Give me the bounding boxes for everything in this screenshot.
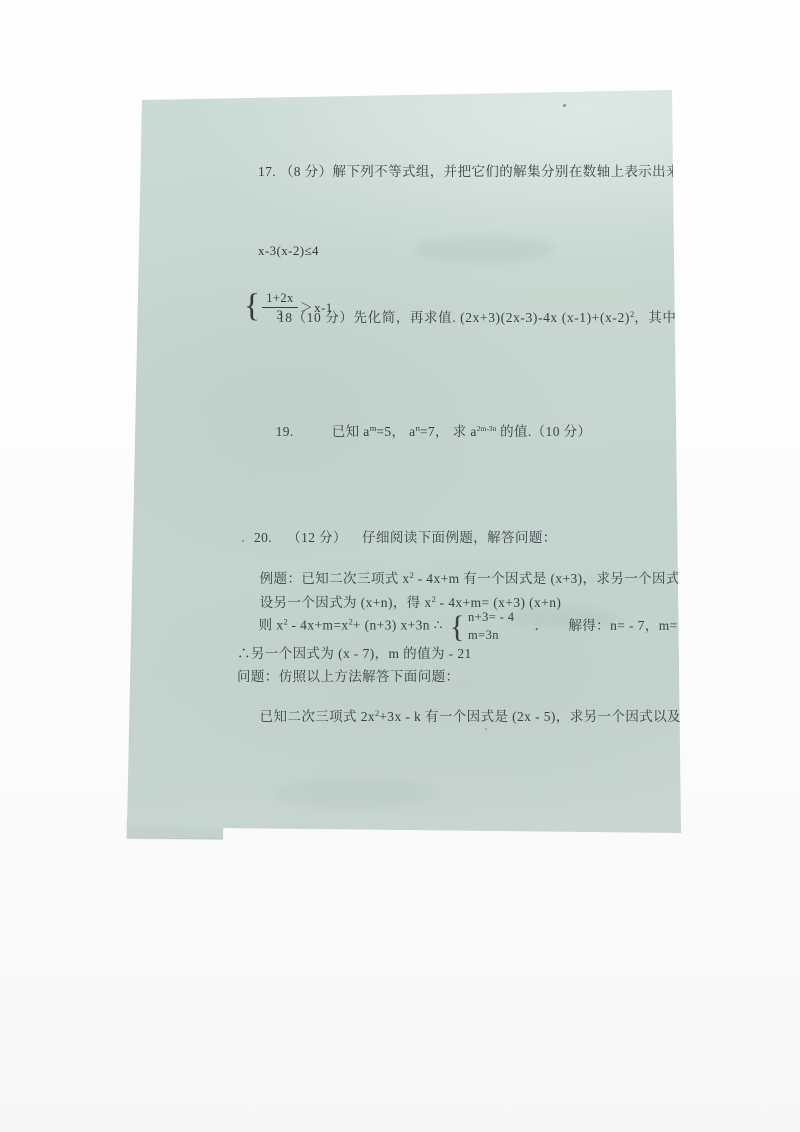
question-19-number: 19. bbox=[276, 424, 294, 439]
scanner-background: 17. （8 分）解下列不等式组，并把它们的解集分别在数轴上表示出来：. x-3… bbox=[0, 0, 800, 1132]
derive-text-3: + (n+3) x+3n ∴ bbox=[353, 618, 443, 633]
derive-text-1: 则 x bbox=[259, 618, 284, 633]
scan-speck bbox=[242, 540, 244, 542]
problem-text-tail: +3x - k 有一个因式是 (2x - 5)，求另一个因式以及 k 的值. bbox=[379, 709, 727, 724]
worksheet-page: 17. （8 分）解下列不等式组，并把它们的解集分别在数轴上表示出来：. x-3… bbox=[125, 88, 682, 836]
question-20-header: 20. （12 分） 仔细阅读下面例题，解答问题： bbox=[254, 530, 557, 546]
equation-system: {n+3= - 4m=3n bbox=[450, 609, 515, 644]
solution-text: 解得：n= - 7，m= - 21 bbox=[568, 618, 704, 633]
question-19-given-1: 已知 a bbox=[332, 424, 370, 439]
equation-top: n+3= - 4 bbox=[468, 609, 514, 627]
question-17-header: 17. （8 分）解下列不等式组，并把它们的解集分别在数轴上表示出来：. bbox=[258, 164, 698, 180]
question-20-conclusion-line: ∴另一个因式为 (x - 7)，m 的值为 - 21 bbox=[237, 646, 472, 662]
question-19-ask: =7， 求 a bbox=[420, 424, 477, 439]
question-20-problem-line: 已知二次三项式 2x2+3x - k 有一个因式是 (2x - 5)，求另一个因… bbox=[237, 692, 727, 742]
derive-text-2: - 4x+m=x bbox=[288, 618, 349, 633]
problem-text: 已知二次三项式 2x bbox=[260, 709, 375, 724]
question-18: 18（10 分）先化简，再求值. (2x+3)(2x-3)-4x (x-1)+(… bbox=[254, 293, 712, 343]
question-19-tail: 的值.（10 分） bbox=[496, 424, 591, 439]
exponent-2m-3n: 2m-3n bbox=[477, 424, 497, 433]
question-19-given-2: =5， a bbox=[376, 424, 415, 439]
question-20-problem-label: 问题：仿照以上方法解答下面问题： bbox=[237, 669, 459, 685]
system-brace: { bbox=[450, 613, 465, 641]
question-19: 19.已知 am=5， an=7， 求 a2m-3n 的值.（10 分） bbox=[253, 407, 591, 457]
equation-bottom: m=3n bbox=[468, 627, 514, 645]
period: ． bbox=[534, 618, 548, 633]
scan-smudge bbox=[275, 778, 435, 808]
question-18-expression: 18（10 分）先化简，再求值. (2x+3)(2x-3)-4x (x-1)+(… bbox=[278, 310, 630, 325]
scan-smudge bbox=[415, 236, 555, 262]
scan-speck bbox=[563, 104, 566, 107]
question-18-condition: ，其中 x=-2. bbox=[634, 310, 712, 325]
inequality-line-1: x-3(x-2)≤4 bbox=[258, 243, 333, 259]
